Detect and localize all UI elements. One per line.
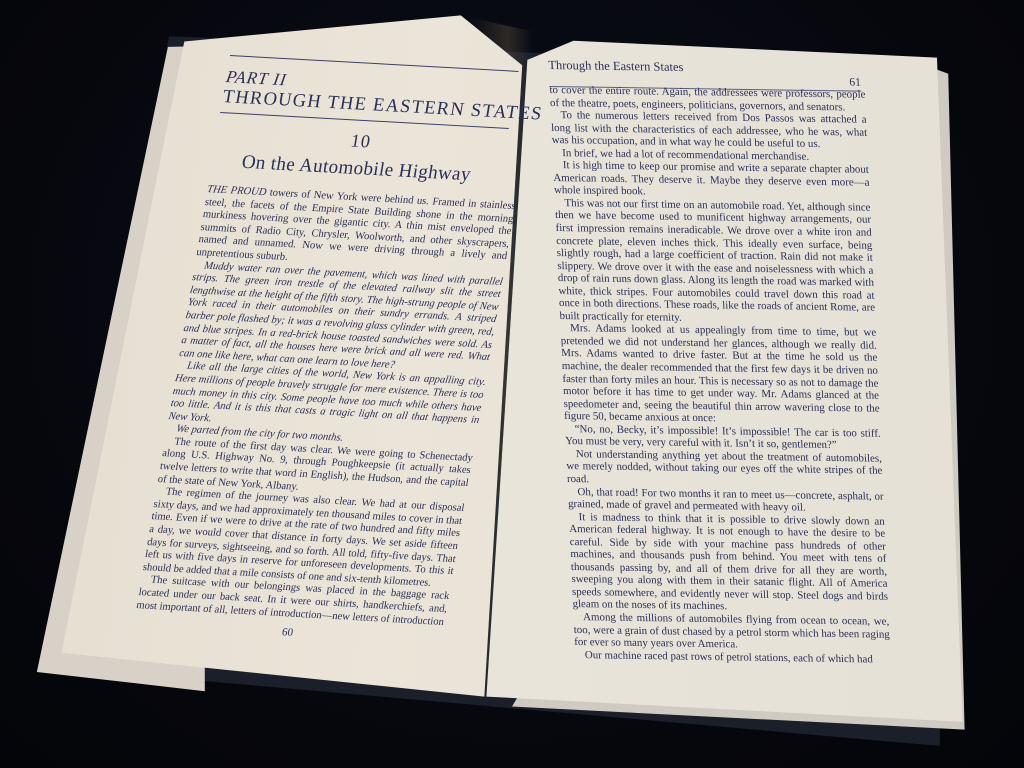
right-page-content: Through the Eastern States 61 to cover t…: [548, 58, 905, 663]
paragraph: This was not our first time on an automo…: [554, 197, 876, 327]
paragraph: Not understanding anything yet about the…: [566, 448, 884, 490]
right-page-body: to cover the entire route. Again, the ad…: [549, 84, 891, 666]
running-head-title: Through the Eastern States: [548, 58, 684, 86]
paragraph: It is high time to keep our promise and …: [553, 159, 871, 201]
paragraph: It is madness to think that it is possib…: [568, 511, 889, 616]
paragraph: Muddy water ran over the pavement, which…: [178, 260, 504, 378]
page-number: 61: [849, 77, 861, 89]
paragraph: Mrs. Adams looked at us appealingly from…: [560, 322, 881, 427]
paragraph: The regimen of the journey was also clea…: [142, 486, 465, 591]
open-book: PART II THROUGH THE EASTERN STATES 10 On…: [0, 0, 1024, 768]
paragraph: Among the millions of automobiles flying…: [573, 611, 891, 653]
paragraph: To the numerous letters received from Do…: [550, 109, 868, 151]
